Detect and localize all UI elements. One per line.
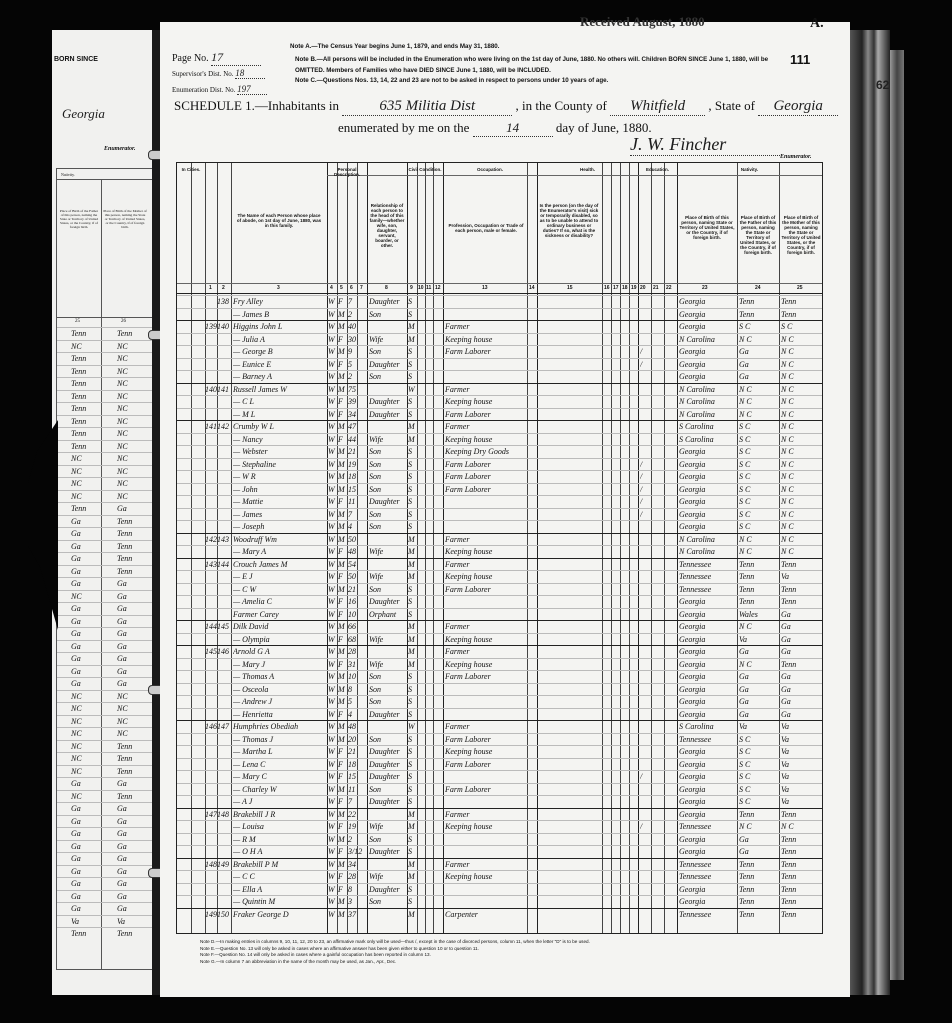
civil-condition: S bbox=[408, 760, 438, 769]
civil-condition: S bbox=[408, 485, 438, 494]
civil-condition: S bbox=[408, 447, 438, 456]
dwelling-number: 146 bbox=[205, 722, 217, 731]
col-num: 21 bbox=[653, 285, 659, 291]
left-birthplace: NC bbox=[71, 717, 82, 726]
col-num: 9 bbox=[410, 285, 413, 291]
county-label: , in the County of bbox=[516, 98, 607, 113]
left-birthplace: Tenn bbox=[117, 767, 132, 776]
age: 4 bbox=[348, 710, 366, 719]
family-number: 150 bbox=[217, 910, 231, 919]
relationship: Wife bbox=[369, 572, 406, 581]
civil-condition: M bbox=[408, 572, 438, 581]
sex: F bbox=[338, 747, 347, 756]
relationship: Son bbox=[369, 785, 406, 794]
birthplace: Tennessee bbox=[679, 585, 736, 594]
mother-birthplace: Tenn bbox=[781, 585, 821, 594]
left-birthplace: Tenn bbox=[117, 329, 132, 338]
mother-birthplace: Ga bbox=[781, 697, 821, 706]
person-name: — Osceola bbox=[233, 685, 325, 694]
person-name: Russell James W bbox=[233, 385, 325, 394]
person-name: Arnold G A bbox=[233, 647, 325, 656]
family-number: 142 bbox=[217, 422, 231, 431]
birthplace: Georgia bbox=[679, 635, 736, 644]
person-name: Fry Alley bbox=[233, 297, 325, 306]
color: W bbox=[328, 522, 337, 531]
age: 10 bbox=[348, 610, 366, 619]
person-name: — John bbox=[233, 485, 325, 494]
birthplace: Tennessee bbox=[679, 822, 736, 831]
left-birthplace: NC bbox=[71, 729, 82, 738]
birthplace: N Carolina bbox=[679, 547, 736, 556]
father-birthplace: Tenn bbox=[739, 860, 778, 869]
civil-condition: S bbox=[408, 847, 438, 856]
left-birthplace: NC bbox=[117, 429, 128, 438]
col-num: 14 bbox=[529, 285, 535, 291]
family-number: 144 bbox=[217, 560, 231, 569]
birthplace: Georgia bbox=[679, 485, 736, 494]
note-b: Note B.—All persons will be included in … bbox=[295, 54, 785, 76]
age: 20 bbox=[348, 735, 366, 744]
age: 5 bbox=[348, 697, 366, 706]
mother-birthplace: Ga bbox=[781, 685, 821, 694]
age: 21 bbox=[348, 447, 366, 456]
footnotes: Note D.—In making entries in columns 9, … bbox=[200, 939, 820, 965]
birthplace: N Carolina bbox=[679, 335, 736, 344]
col-num: 7 bbox=[360, 285, 363, 291]
left-nativity-label: Nativity. bbox=[61, 172, 75, 177]
color: W bbox=[328, 397, 337, 406]
civil-condition: S bbox=[408, 372, 438, 381]
mother-birthplace: N C bbox=[781, 460, 821, 469]
age: 4 bbox=[348, 522, 366, 531]
relationship: Daughter bbox=[369, 410, 406, 419]
occupation: Farm Laborer bbox=[445, 785, 525, 794]
age: 11 bbox=[348, 785, 366, 794]
left-birthplace: NC bbox=[71, 592, 82, 601]
person-name: — E J bbox=[233, 572, 325, 581]
sex: F bbox=[338, 360, 347, 369]
mother-birthplace: Tenn bbox=[781, 597, 821, 606]
person-name: Crouch James M bbox=[233, 560, 325, 569]
color: W bbox=[328, 822, 337, 831]
color: W bbox=[328, 597, 337, 606]
color: W bbox=[328, 347, 337, 356]
color: W bbox=[328, 760, 337, 769]
mother-birthplace: Va bbox=[781, 735, 821, 744]
person-name: — Olympia bbox=[233, 635, 325, 644]
occupation: Farm Laborer bbox=[445, 735, 525, 744]
person-name: Woodruff Wm bbox=[233, 535, 325, 544]
relationship: Son bbox=[369, 510, 406, 519]
left-birthplace: NC bbox=[71, 342, 82, 351]
occupation: Farm Laborer bbox=[445, 672, 525, 681]
civil-condition: M bbox=[408, 547, 438, 556]
mother-birthplace: Va bbox=[781, 797, 821, 806]
age: 66 bbox=[348, 622, 366, 631]
left-birthplace: Tenn bbox=[71, 404, 86, 413]
col-num: 17 bbox=[613, 285, 619, 291]
family-number: 141 bbox=[217, 385, 231, 394]
color: W bbox=[328, 872, 337, 881]
birthplace: N Carolina bbox=[679, 535, 736, 544]
color: W bbox=[328, 372, 337, 381]
left-birthplace: Ga bbox=[117, 629, 127, 638]
mother-birthplace: N C bbox=[781, 447, 821, 456]
sex: F bbox=[338, 435, 347, 444]
left-birthplace: NC bbox=[71, 492, 82, 501]
person-name: — Mary J bbox=[233, 660, 325, 669]
father-birthplace: S C bbox=[739, 747, 778, 756]
civil-condition: S bbox=[408, 397, 438, 406]
birthplace: Georgia bbox=[679, 310, 736, 319]
civil-condition: M bbox=[408, 535, 438, 544]
father-birthplace: Tenn bbox=[739, 560, 778, 569]
enumeration-dist: Enumeration Dist. No. 197 bbox=[172, 84, 267, 95]
col-num: 10 bbox=[418, 285, 424, 291]
mother-birthplace: Tenn bbox=[781, 847, 821, 856]
sex: M bbox=[338, 585, 347, 594]
sex: F bbox=[338, 797, 347, 806]
age: 3/12 bbox=[348, 847, 366, 856]
sex: F bbox=[338, 547, 347, 556]
color: W bbox=[328, 747, 337, 756]
state-label: , State of bbox=[708, 98, 755, 113]
age: 48 bbox=[348, 547, 366, 556]
birthplace: N Carolina bbox=[679, 385, 736, 394]
mother-birthplace: Tenn bbox=[781, 660, 821, 669]
col-num: 22 bbox=[666, 285, 672, 291]
father-birthplace: Tenn bbox=[739, 910, 778, 919]
left-birthplace: Ga bbox=[117, 842, 127, 851]
left-birthplace: NC bbox=[71, 742, 82, 751]
supervisor-dist: Supervisor's Dist. No. 18 bbox=[172, 68, 265, 79]
relationship: Daughter bbox=[369, 847, 406, 856]
civil-condition: M bbox=[408, 635, 438, 644]
birthplace: Georgia bbox=[679, 710, 736, 719]
left-birthplace: NC bbox=[71, 479, 82, 488]
sex: M bbox=[338, 535, 347, 544]
mother-birthplace: N C bbox=[781, 385, 821, 394]
person-name: — Mattie bbox=[233, 497, 325, 506]
sex: F bbox=[338, 760, 347, 769]
left-birthplace: Tenn bbox=[71, 417, 86, 426]
school: / bbox=[640, 360, 652, 369]
mother-birthplace: Tenn bbox=[781, 810, 821, 819]
mother-birthplace: N C bbox=[781, 547, 821, 556]
left-birthplace: NC bbox=[117, 392, 128, 401]
family-number: 147 bbox=[217, 722, 231, 731]
mother-birthplace: Ga bbox=[781, 635, 821, 644]
color: W bbox=[328, 910, 337, 919]
civil-condition: S bbox=[408, 522, 438, 531]
father-birthplace: Tenn bbox=[739, 897, 778, 906]
left-birthplace: Tenn bbox=[117, 792, 132, 801]
relationship: Daughter bbox=[369, 297, 406, 306]
birthplace: Georgia bbox=[679, 297, 736, 306]
person-name: — W R bbox=[233, 472, 325, 481]
left-birthplace: Ga bbox=[71, 879, 81, 888]
left-birthplace: Ga bbox=[71, 554, 81, 563]
civil-condition: S bbox=[408, 610, 438, 619]
sex: M bbox=[338, 372, 347, 381]
color: W bbox=[328, 685, 337, 694]
person-name: Fraker George D bbox=[233, 910, 325, 919]
age: 39 bbox=[348, 397, 366, 406]
civil-condition: M bbox=[408, 860, 438, 869]
occupation: Farm Laborer bbox=[445, 485, 525, 494]
school: / bbox=[640, 822, 652, 831]
birthplace: Georgia bbox=[679, 697, 736, 706]
father-birthplace: N C bbox=[739, 547, 778, 556]
father-birthplace: Ga bbox=[739, 347, 778, 356]
civil-condition: M bbox=[408, 660, 438, 669]
school: / bbox=[640, 472, 652, 481]
left-birthplace: Tenn bbox=[117, 542, 132, 551]
sex: M bbox=[338, 697, 347, 706]
enumeration-label: Enumeration Dist. No. bbox=[172, 86, 235, 94]
civil-condition: M bbox=[408, 622, 438, 631]
header-birth-father: Place of Birth of the Father of this per… bbox=[739, 215, 777, 255]
page-no: Page No. 17 bbox=[172, 50, 261, 66]
person-name: — Amelia C bbox=[233, 597, 325, 606]
father-birthplace: N C bbox=[739, 410, 778, 419]
father-birthplace: Tenn bbox=[739, 885, 778, 894]
sex: F bbox=[338, 572, 347, 581]
age: 30 bbox=[348, 335, 366, 344]
left-birthplace: NC bbox=[117, 454, 128, 463]
dwelling-number: 147 bbox=[205, 810, 217, 819]
age: 34 bbox=[348, 410, 366, 419]
relationship: Son bbox=[369, 460, 406, 469]
census-page: Received August, 1880 A. 111 Page No. 17… bbox=[160, 22, 850, 997]
page-no-value: 17 bbox=[211, 50, 261, 66]
left-birthplace: Ga bbox=[71, 679, 81, 688]
person-name: — Quintin M bbox=[233, 897, 325, 906]
sex: M bbox=[338, 460, 347, 469]
left-birthplace: Ga bbox=[117, 679, 127, 688]
father-birthplace: Wales bbox=[739, 610, 778, 619]
left-birthplace: Ga bbox=[117, 892, 127, 901]
age: 34 bbox=[348, 860, 366, 869]
birthplace: S Carolina bbox=[679, 422, 736, 431]
color: W bbox=[328, 485, 337, 494]
civil-condition: S bbox=[408, 597, 438, 606]
left-birthplace: Ga bbox=[117, 779, 127, 788]
col-num: 3 bbox=[277, 285, 280, 291]
person-name: Humphries Obediah bbox=[233, 722, 325, 731]
color: W bbox=[328, 835, 337, 844]
person-name: — A J bbox=[233, 797, 325, 806]
birthplace: Georgia bbox=[679, 835, 736, 844]
col-num: 2 bbox=[222, 285, 225, 291]
father-birthplace: Ga bbox=[739, 835, 778, 844]
left-birthplace: Ga bbox=[71, 904, 81, 913]
edge-page-number: 62 bbox=[876, 78, 889, 92]
left-col-num-26: 26 bbox=[121, 319, 126, 324]
birthplace: S Carolina bbox=[679, 722, 736, 731]
color: W bbox=[328, 622, 337, 631]
col-num: 16 bbox=[604, 285, 610, 291]
left-birthplace: NC bbox=[117, 342, 128, 351]
civil-condition: S bbox=[408, 835, 438, 844]
person-name: — Martha L bbox=[233, 747, 325, 756]
family-number: 146 bbox=[217, 647, 231, 656]
color: W bbox=[328, 897, 337, 906]
mother-birthplace: N C bbox=[781, 372, 821, 381]
person-name: — M L bbox=[233, 410, 325, 419]
occupation: Keeping house bbox=[445, 335, 525, 344]
relationship: Daughter bbox=[369, 597, 406, 606]
birthplace: Georgia bbox=[679, 347, 736, 356]
civil-condition: S bbox=[408, 885, 438, 894]
civil-condition: M bbox=[408, 910, 438, 919]
relationship: Wife bbox=[369, 547, 406, 556]
left-birthplace: NC bbox=[71, 767, 82, 776]
father-birthplace: Tenn bbox=[739, 310, 778, 319]
sex: F bbox=[338, 597, 347, 606]
left-birthplace: Tenn bbox=[71, 504, 86, 513]
col-num: 13 bbox=[482, 285, 488, 291]
header-personal: Personal Description. bbox=[327, 167, 367, 177]
mother-birthplace: Va bbox=[781, 772, 821, 781]
sex: M bbox=[338, 810, 347, 819]
sex: F bbox=[338, 497, 347, 506]
civil-condition: S bbox=[408, 310, 438, 319]
father-birthplace: Ga bbox=[739, 685, 778, 694]
left-birthplace: Ga bbox=[117, 854, 127, 863]
father-birthplace: S C bbox=[739, 760, 778, 769]
page-edges bbox=[850, 30, 890, 995]
father-birthplace: S C bbox=[739, 472, 778, 481]
left-birthplace: Tenn bbox=[71, 367, 86, 376]
person-name: Higgins John L bbox=[233, 322, 325, 331]
civil-condition: W bbox=[408, 722, 438, 731]
sex: M bbox=[338, 910, 347, 919]
sex: M bbox=[338, 735, 347, 744]
civil-condition: S bbox=[408, 735, 438, 744]
mother-birthplace: Tenn bbox=[781, 885, 821, 894]
father-birthplace: Tenn bbox=[739, 872, 778, 881]
left-birthplace: Ga bbox=[117, 642, 127, 651]
person-name: Crumby W L bbox=[233, 422, 325, 431]
occupation: Keeping house bbox=[445, 397, 525, 406]
age: 19 bbox=[348, 822, 366, 831]
color: W bbox=[328, 772, 337, 781]
mother-birthplace: Ga bbox=[781, 610, 821, 619]
relationship: Son bbox=[369, 485, 406, 494]
father-birthplace: Tenn bbox=[739, 572, 778, 581]
table-row: 149150Fraker George DWM37MCarpenterTenne… bbox=[177, 908, 822, 924]
relationship: Daughter bbox=[369, 772, 406, 781]
birthplace: Georgia bbox=[679, 497, 736, 506]
age: 68 bbox=[348, 635, 366, 644]
person-name: — Thomas A bbox=[233, 672, 325, 681]
father-birthplace: N C bbox=[739, 335, 778, 344]
relationship: Daughter bbox=[369, 760, 406, 769]
left-birthplace: Ga bbox=[71, 804, 81, 813]
civil-condition: M bbox=[408, 322, 438, 331]
mother-birthplace: Ga bbox=[781, 647, 821, 656]
enumerated-line: enumerated by me on the 14 day of June, … bbox=[338, 120, 652, 137]
age: 11 bbox=[348, 497, 366, 506]
col-num: 25 bbox=[797, 285, 803, 291]
left-birthplace: Tenn bbox=[71, 379, 86, 388]
mother-birthplace: N C bbox=[781, 397, 821, 406]
color: W bbox=[328, 660, 337, 669]
birthplace: Georgia bbox=[679, 797, 736, 806]
civil-condition: M bbox=[408, 560, 438, 569]
left-birthplace: Ga bbox=[71, 854, 81, 863]
col-num: 23 bbox=[702, 285, 708, 291]
father-birthplace: N C bbox=[739, 660, 778, 669]
civil-condition: S bbox=[408, 710, 438, 719]
age: 7 bbox=[348, 297, 366, 306]
age: 15 bbox=[348, 772, 366, 781]
relationship: Daughter bbox=[369, 397, 406, 406]
civil-condition: S bbox=[408, 772, 438, 781]
father-birthplace: Tenn bbox=[739, 810, 778, 819]
color: W bbox=[328, 560, 337, 569]
civil-condition: S bbox=[408, 797, 438, 806]
age: 28 bbox=[348, 872, 366, 881]
school: / bbox=[640, 485, 652, 494]
age: 21 bbox=[348, 747, 366, 756]
mother-birthplace: N C bbox=[781, 422, 821, 431]
father-birthplace: N C bbox=[739, 822, 778, 831]
sex: F bbox=[338, 710, 347, 719]
birthplace: S Carolina bbox=[679, 435, 736, 444]
father-birthplace: Ga bbox=[739, 847, 778, 856]
sex: M bbox=[338, 385, 347, 394]
mother-birthplace: Tenn bbox=[781, 897, 821, 906]
left-birthplace: NC bbox=[71, 467, 82, 476]
note-c: Note C.—Questions Nos. 13, 14, 22 and 23… bbox=[295, 77, 785, 84]
mother-birthplace: Tenn bbox=[781, 910, 821, 919]
left-birthplace: NC bbox=[117, 692, 128, 701]
left-birthplace: NC bbox=[71, 704, 82, 713]
sex: M bbox=[338, 447, 347, 456]
color: W bbox=[328, 360, 337, 369]
mother-birthplace: S C bbox=[781, 322, 821, 331]
color: W bbox=[328, 647, 337, 656]
person-name: — C C bbox=[233, 872, 325, 881]
birthplace: Georgia bbox=[679, 660, 736, 669]
family-number: 145 bbox=[217, 622, 231, 631]
civil-condition: S bbox=[408, 460, 438, 469]
header-occupation: Profession, Occupation or Trade of each … bbox=[447, 223, 525, 233]
civil-condition: M bbox=[408, 647, 438, 656]
col-num: 11 bbox=[426, 285, 431, 291]
person-name: — Ella A bbox=[233, 885, 325, 894]
col-num: 12 bbox=[435, 285, 441, 291]
col-num: 1 bbox=[209, 285, 212, 291]
sex: F bbox=[338, 872, 347, 881]
relationship: Son bbox=[369, 585, 406, 594]
mother-birthplace: Tenn bbox=[781, 872, 821, 881]
left-birthplace: Ga bbox=[117, 654, 127, 663]
relationship: Son bbox=[369, 472, 406, 481]
father-birthplace: Ga bbox=[739, 710, 778, 719]
civil-condition: S bbox=[408, 785, 438, 794]
relationship: Son bbox=[369, 347, 406, 356]
relationship: Wife bbox=[369, 822, 406, 831]
previous-page: BORN SINCE Georgia Enumerator. Nativity.… bbox=[52, 30, 160, 995]
age: 44 bbox=[348, 435, 366, 444]
father-birthplace: Ga bbox=[739, 672, 778, 681]
enumerator-signature: J. W. Fincher bbox=[630, 134, 780, 156]
occupation: Farmer bbox=[445, 385, 525, 394]
header-birth-mother: Place of Birth of the Mother of this per… bbox=[781, 215, 821, 255]
